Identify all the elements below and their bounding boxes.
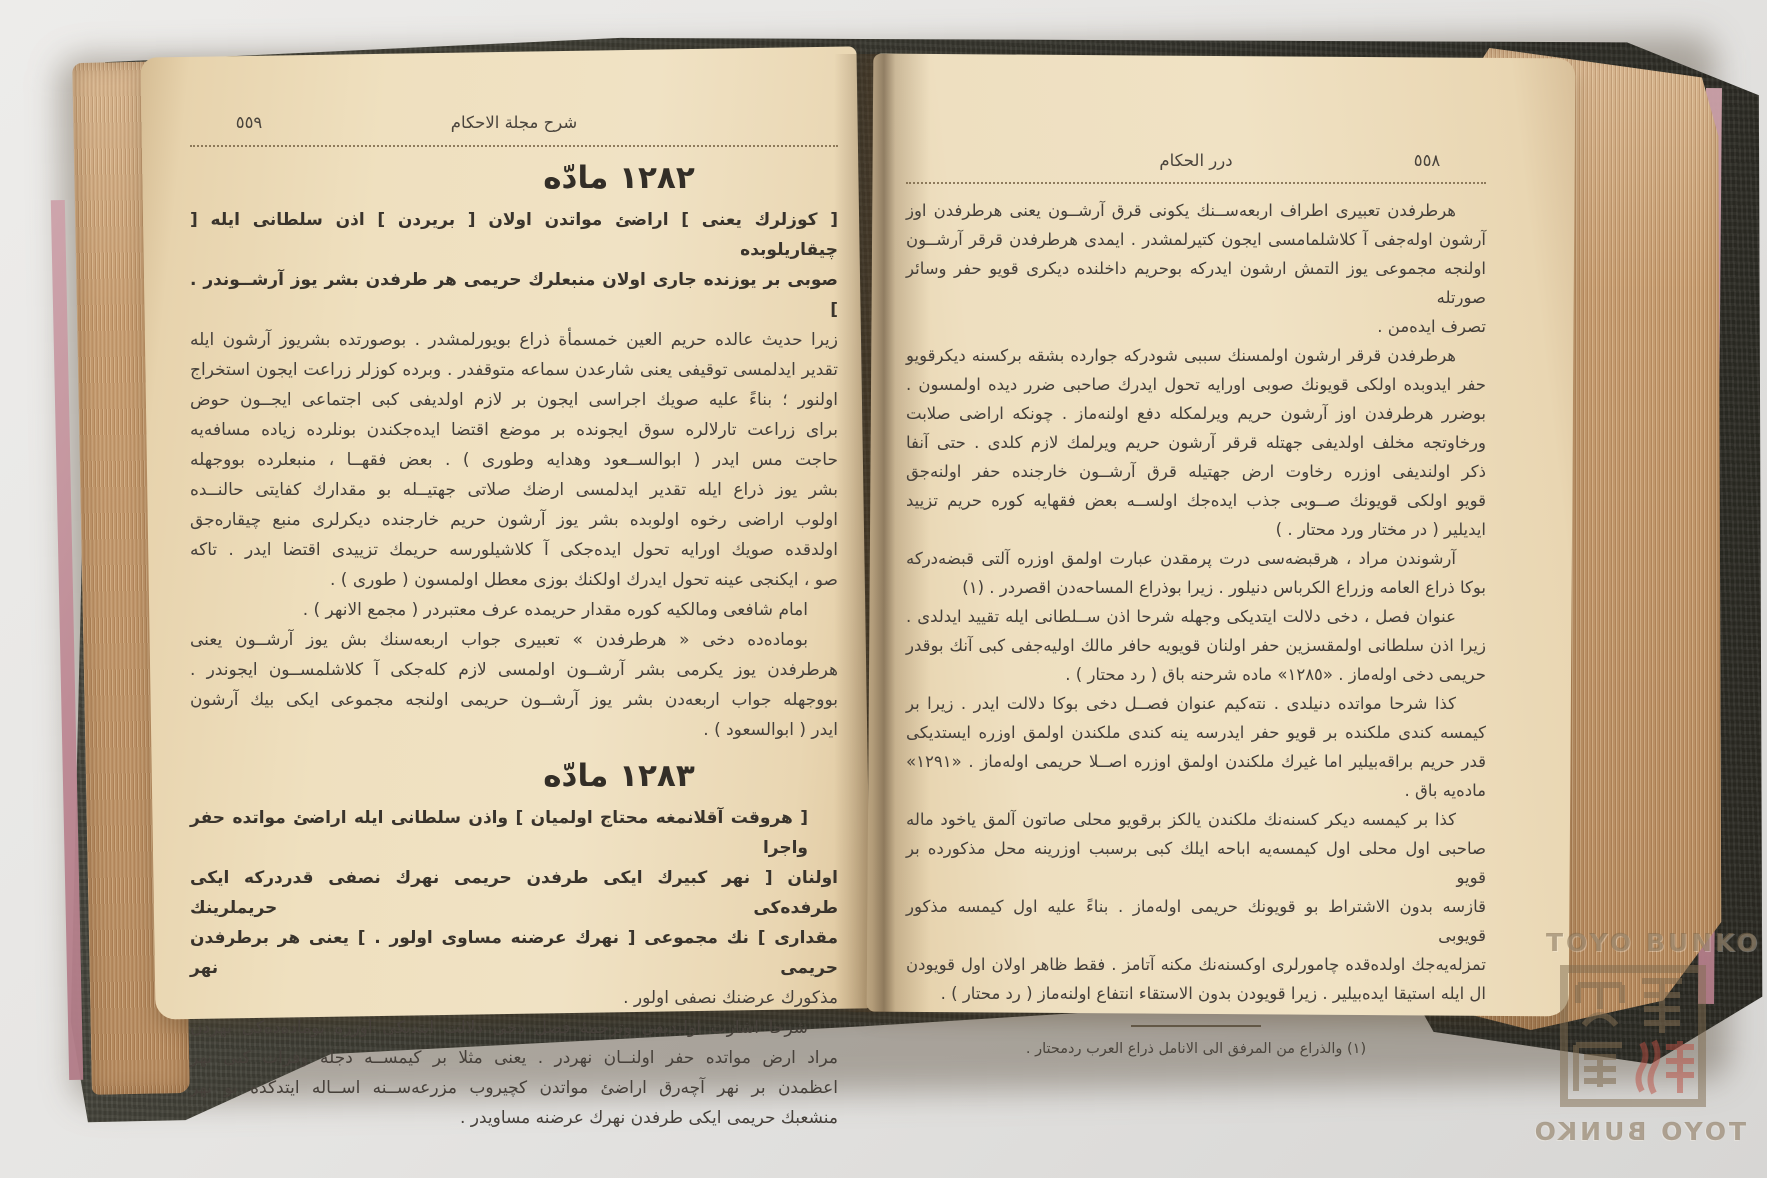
running-title: درر الحكام	[1020, 146, 1372, 175]
paragraph: بوماده‌ده دخى « هرطرفدن » تعبيرى جواب ار…	[190, 625, 838, 745]
text-line: ورخاوتجه مخلف اولديفى جهتله قرقر آرشون ح…	[906, 428, 1486, 457]
text-line: اولنور ؛ بناءً عليه صويك اجراسى ايجون بر…	[190, 385, 838, 415]
text-line: تقدير ايدلمسى توقيفى يعنى شارعدن سماعه م…	[190, 355, 838, 385]
text-line: هرطرفدن يوز يكرمى بشر آرشــون اولمسى لاز…	[190, 655, 838, 685]
book-photo: ٥٥٩ شرح مجلة الاحكام ١٢٨٢ مادّه [ كوزلرك…	[0, 0, 1767, 1178]
text-line: ذكر اولنديفى اوزره رخاوت ارض جهتيله قرق …	[906, 457, 1486, 486]
watermark-text-bottom: TOYO BUNKO	[1516, 1117, 1746, 1146]
text-line: اولنجه مجموعى يوز التمش ارشون ايدركه بوح…	[906, 254, 1486, 312]
text-line: شرحا اشارت اولنديفى وترجمهٔ فصل دخى دلال…	[190, 1013, 838, 1043]
paragraph: امام شافعى ومالكيه كوره مقدار حريمده عرف…	[190, 595, 838, 625]
text-line: عنوان فصل ، دخى دلالت ايتديكى وجهله شرحا…	[906, 602, 1486, 631]
text-line: مذكورك عرضنك نصفى اولور .	[190, 983, 838, 1013]
text-line: ال ايله استيقا ايده‌بيلير . زيرا قويودن …	[906, 979, 1486, 1008]
text-line: اولدقده صويك اورايه تحول ايده‌جكى آ كلاش…	[190, 535, 838, 565]
text-line: صوبى بر يوزنده جارى اولان منبعلرك حريمى …	[190, 265, 838, 325]
text-line: آرشوندن مراد ، هرقبضه‌سى درت پرمقدن عبار…	[906, 544, 1486, 573]
text-line: مقدارى ] نك مجموعى [ نهرك عرضنه مساوى او…	[190, 923, 838, 983]
page-number: ٥٥٨	[1372, 146, 1482, 175]
text-line: آرشون اوله‌جفى آ كلاشلمامسى ايجون كتيرلم…	[906, 225, 1486, 254]
paragraph: شرحا اشارت اولنديفى وترجمهٔ فصل دخى دلال…	[190, 1013, 838, 1133]
text-line: تمزله‌يه‌جك اولده‌قده چامورلرى اوكسنه‌نك…	[906, 950, 1486, 979]
right-page-header: درر الحكام ٥٥٨	[906, 146, 1486, 184]
text-line: زيرا حديث عالده حريم العين خمسمأة ذراع ب…	[190, 325, 838, 355]
text-line: مراد ارض مواتده حفر اولنــان نهردر . يعن…	[190, 1043, 838, 1073]
footnote: (١) والذراع من المرفق الى الانامل ذراع ا…	[906, 1035, 1486, 1064]
text-line: بووجهله جواب اربعه‌دن بشر يوز آرشــون حر…	[190, 685, 838, 715]
toyo-bunko-seal-icon	[1560, 965, 1706, 1107]
article-1282-heading: ١٢٨٢ مادّه	[295, 163, 943, 193]
text-line: حفر ايدوبده اولكى قويونك صوبى اورايه تحو…	[906, 370, 1486, 399]
text-line: اولوب اراضى رخوه اولوبده بشر يوز آرشون ح…	[190, 505, 838, 535]
text-line: صاحبى اول محلى اول كيمسه‌يه اباحه ايلك ك…	[906, 834, 1486, 892]
text-line: كذا شرحا مواتده دنيلدى . نته‌كيم عنوان ف…	[906, 689, 1486, 718]
text-line: اعظمدن بر نهر آچه‌رق اراضئ مواتدن كچيروب…	[190, 1073, 838, 1103]
paragraph: هرطرفدن قرقر ارشون اولمسنك سببى شودركه ج…	[906, 341, 1486, 544]
paragraph: آرشوندن مراد ، هرقبضه‌سى درت پرمقدن عبار…	[906, 544, 1486, 602]
text-line: حريمى دخى اوله‌ماز . «١٢٨٥» ماده شرحنه ب…	[906, 660, 1486, 689]
paragraph: [ كوزلرك يعنى ] اراضئ مواتدن اولان [ بري…	[190, 205, 838, 595]
paragraph: [ هروقت آقلانمغه محتاج اولميان ] واذن سل…	[190, 803, 838, 1013]
text-line: ايدر ( ابوالسعود ) .	[190, 715, 838, 745]
text-line: حاجت مس ايدر ( ابوالســعود وهدايه وطورى …	[190, 445, 838, 475]
text-line: قازسه بدون الاشتراط بو قويونك حريمى اوله…	[906, 892, 1486, 950]
footnote-separator	[1131, 1025, 1261, 1027]
text-line: [ كوزلرك يعنى ] اراضئ مواتدن اولان [ بري…	[190, 205, 838, 265]
text-line: منشعبك حريمى ايكى طرفدن نهرك عرضنه مساوي…	[190, 1103, 838, 1133]
text-line: ايديلير ( در مختار ورد محتار . )	[906, 515, 1486, 544]
running-title: شرح مجلة الاحكام	[304, 108, 724, 138]
text-line: ماده‌يه باق .	[906, 776, 1486, 805]
watermark-text-top: TOYO BUNKO	[1546, 928, 1767, 957]
paragraph: هرطرفدن تعبيرى اطراف اربعه‌ســنك يكونى ق…	[906, 196, 1486, 341]
paragraph: كذا بر كيمسه ديكر كسنه‌نك ملكندن يالكز ب…	[906, 805, 1486, 1008]
text-line: كذا بر كيمسه ديكر كسنه‌نك ملكندن يالكز ب…	[906, 805, 1486, 834]
left-page-content: ٥٥٩ شرح مجلة الاحكام ١٢٨٢ مادّه [ كوزلرك…	[190, 108, 838, 1133]
text-line: بوكا ذراع العامه وزراع الكرباس دنيلور . …	[906, 573, 1486, 602]
paragraph: عنوان فصل ، دخى دلالت ايتديكى وجهله شرحا…	[906, 602, 1486, 689]
paragraph: كذا شرحا مواتده دنيلدى . نته‌كيم عنوان ف…	[906, 689, 1486, 805]
text-line: هرطرفدن تعبيرى اطراف اربعه‌ســنك يكونى ق…	[906, 196, 1486, 225]
text-line: صو ، ايكنجى عينه تحول ايدرك اولكنك بوزى …	[190, 565, 838, 595]
text-line: بوماده‌ده دخى « هرطرفدن » تعبيرى جواب ار…	[190, 625, 838, 655]
text-line: كيمسه كندى ملكنده بر قويو حفر ايدرسه ينه…	[906, 718, 1486, 747]
right-page-content: درر الحكام ٥٥٨ هرطرفدن تعبيرى اطراف اربع…	[906, 146, 1486, 1064]
article-1283-heading: ١٢٨٣ مادّه	[295, 761, 943, 791]
text-line: هرطرفدن قرقر ارشون اولمسنك سببى شودركه ج…	[906, 341, 1486, 370]
toyo-bunko-watermark: TOYO BUNKO TOYO BUNKO	[1546, 928, 1767, 1146]
text-line: امام شافعى ومالكيه كوره مقدار حريمده عرف…	[190, 595, 838, 625]
text-line: زيرا اذن سلطانى اولمقسزين حفر اولنان قوي…	[906, 631, 1486, 660]
text-line: تصرف ايده‌من .	[906, 312, 1486, 341]
text-line: براى زراعت تارلالره سوق ايجونده بر موضع …	[190, 415, 838, 445]
text-line: [ هروقت آقلانمغه محتاج اولميان ] واذن سل…	[190, 803, 838, 863]
page-number: ٥٥٩	[194, 108, 304, 138]
text-line: بوضرر هرطرفدن اوز آرشون حريم ويرلمكله دف…	[906, 399, 1486, 428]
text-line: اولنان [ نهر كبيرك ايكى طرفدن حريمى نهرك…	[190, 863, 838, 923]
text-line: بشر يوز ذراع ايله تقدير ايدلمسى ارضك صلا…	[190, 475, 838, 505]
text-line: قويو اولكى قويونك صــوبى جذب ايده‌جك اول…	[906, 486, 1486, 515]
text-line: قدر حريم براقه‌بيلير اما غيرك ملكندن اول…	[906, 747, 1486, 776]
left-page-header: ٥٥٩ شرح مجلة الاحكام	[190, 108, 838, 147]
